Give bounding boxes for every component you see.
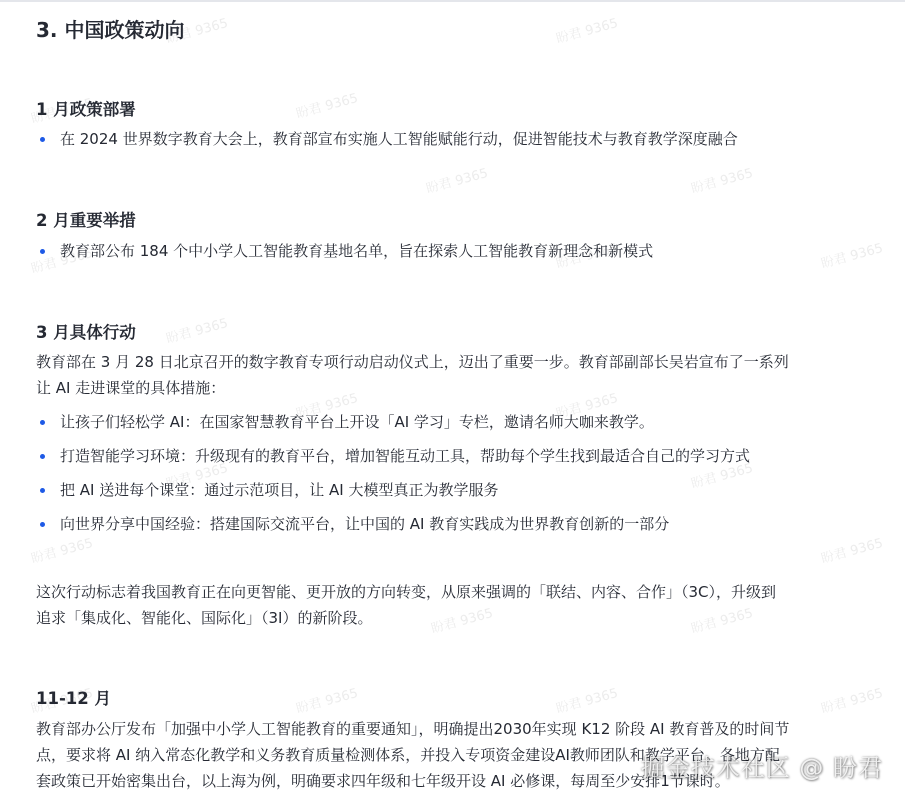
list-february: 教育部公布 184 个中小学人工智能教育基地名单，旨在探索人工智能教育新理念和新… — [36, 240, 653, 274]
watermark: 盼君 9365 — [294, 87, 360, 122]
list-item: 教育部公布 184 个中小学人工智能教育基地名单，旨在探索人工智能教育新理念和新… — [36, 240, 653, 262]
top-divider — [0, 0, 905, 2]
list-item-text: 在 2024 世界数字教育大会上，教育部宣布实施人工智能赋能行动，促进智能技术与… — [60, 130, 738, 148]
heading-march: 3 月具体行动 — [36, 319, 136, 343]
march-summary: 这次行动标志着我国教育正在向更智能、更开放的方向转变，从原来强调的「联结、内容、… — [36, 579, 866, 631]
watermark: 盼君 9365 — [819, 682, 885, 717]
heading-february: 2 月重要举措 — [36, 207, 136, 231]
list-item: 打造智能学习环境：升级现有的教育平台，增加智能互动工具，帮助每个学生找到最适合自… — [36, 445, 750, 467]
march-summary-line: 这次行动标志着我国教育正在向更智能、更开放的方向转变，从原来强调的「联结、内容、… — [36, 579, 866, 605]
list-item-text: 把 AI 送进每个课堂：通过示范项目，让 AI 大模型真正为教学服务 — [60, 481, 498, 499]
bullet-dot-icon — [40, 420, 45, 425]
nov-dec-line: 教育部办公厅发布「加强中小学人工智能教育的重要通知」，明确提出2030年实现 K… — [36, 716, 866, 742]
list-item-text: 教育部公布 184 个中小学人工智能教育基地名单，旨在探索人工智能教育新理念和新… — [60, 242, 653, 260]
march-intro: 教育部在 3 月 28 日北京召开的数字教育专项行动启动仪式上，迈出了重要一步。… — [36, 349, 866, 401]
list-item: 把 AI 送进每个课堂：通过示范项目，让 AI 大模型真正为教学服务 — [36, 479, 750, 501]
watermark: 盼君 9365 — [554, 12, 620, 47]
list-item: 在 2024 世界数字教育大会上，教育部宣布实施人工智能赋能行动，促进智能技术与… — [36, 128, 738, 150]
list-item: 向世界分享中国经验：搭建国际交流平台，让中国的 AI 教育实践成为世界教育创新的… — [36, 513, 750, 535]
bullet-dot-icon — [40, 522, 45, 527]
bullet-dot-icon — [40, 454, 45, 459]
list-item-text: 打造智能学习环境：升级现有的教育平台，增加智能互动工具，帮助每个学生找到最适合自… — [60, 447, 750, 465]
watermark: 盼君 9365 — [164, 312, 230, 347]
list-january: 在 2024 世界数字教育大会上，教育部宣布实施人工智能赋能行动，促进智能技术与… — [36, 128, 738, 162]
heading-january: 1 月政策部署 — [36, 96, 136, 120]
list-item-text: 让孩子们轻松学 AI：在国家智慧教育平台上开设「AI 学习」专栏，邀请名师大咖来… — [60, 413, 654, 431]
list-item: 让孩子们轻松学 AI：在国家智慧教育平台上开设「AI 学习」专栏，邀请名师大咖来… — [36, 411, 750, 433]
site-watermark: 掘金技术社区 @ 盼君 — [641, 748, 883, 783]
march-intro-line: 让 AI 走进课堂的具体措施： — [36, 375, 866, 401]
list-item-text: 向世界分享中国经验：搭建国际交流平台，让中国的 AI 教育实践成为世界教育创新的… — [60, 515, 669, 533]
watermark: 盼君 9365 — [819, 237, 885, 272]
bullet-dot-icon — [40, 488, 45, 493]
march-intro-line: 教育部在 3 月 28 日北京召开的数字教育专项行动启动仪式上，迈出了重要一步。… — [36, 349, 866, 375]
bullet-dot-icon — [40, 137, 45, 142]
watermark: 盼君 9365 — [819, 532, 885, 567]
watermark: 盼君 9365 — [424, 162, 490, 197]
list-march: 让孩子们轻松学 AI：在国家智慧教育平台上开设「AI 学习」专栏，邀请名师大咖来… — [36, 411, 750, 547]
bullet-dot-icon — [40, 249, 45, 254]
march-summary-line: 追求「集成化、智能化、国际化」（3I）的新阶段。 — [36, 605, 866, 631]
watermark: 盼君 9365 — [554, 682, 620, 717]
watermark: 盼君 9365 — [689, 162, 755, 197]
watermark: 盼君 9365 — [294, 682, 360, 717]
section-title: 3. 中国政策动向 — [36, 14, 184, 43]
heading-nov-dec: 11-12 月 — [36, 685, 111, 709]
